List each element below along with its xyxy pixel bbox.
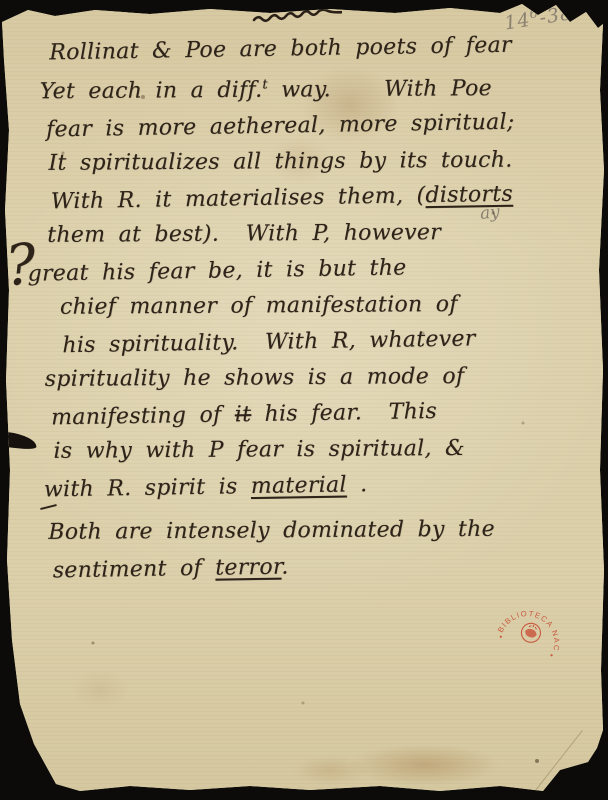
underlined-word: material	[251, 473, 347, 500]
line-text: It spiritualizes all things by its touch…	[48, 148, 512, 176]
stamp-text: BIBLIOTECA NACIONAL	[488, 581, 579, 654]
line-text: spirituality he shows is a mode of	[45, 364, 465, 392]
line-text: With R. it materialises them, (	[51, 183, 426, 214]
squiggle-mark	[252, 9, 342, 25]
line-text: his spirituality. With R, whatever	[62, 327, 476, 359]
struck-word: it	[235, 402, 252, 427]
line-text: with R. spirit is	[44, 474, 251, 502]
library-stamp: BIBLIOTECA NACIONAL	[483, 581, 580, 678]
line-text: Both are intensely dominated by the	[48, 517, 495, 545]
line-text: is why with P fear is spiritual, &	[53, 436, 465, 464]
line-text: Rollinat & Poe are both poets of fear	[49, 33, 512, 66]
line-text: great his fear be, it is but the	[27, 256, 406, 287]
paper-specks	[0, 0, 2, 2]
manuscript-line-1: Rollinat & Poe are both poets of fear	[49, 27, 578, 72]
underlined-word: distorts	[425, 182, 513, 208]
manuscript-scan: { "document": { "catalog": { "base": "14…	[0, 0, 608, 800]
line-text: Yet each in a diff.	[40, 78, 263, 105]
underlined-word: terror	[215, 555, 281, 581]
line-text: fear is more aethereal, more spiritual;	[46, 110, 515, 143]
line-text: .	[347, 472, 368, 497]
line-text: manifesting of	[51, 403, 235, 431]
catalog-superscript: 6	[528, 6, 540, 22]
paper-crease	[534, 730, 583, 792]
catalog-rest: -38	[538, 2, 575, 29]
edge-ink-mark	[0, 218, 5, 240]
svg-text:BIBLIOTECA NACIONAL: BIBLIOTECA NACIONAL	[488, 581, 579, 654]
line-text: way. With Poe	[268, 76, 492, 103]
paper-sheet: 146-38 ? ay Rollinat & Poe are both poet…	[0, 0, 608, 800]
manuscript-line-15: sentiment of terror.	[52, 545, 583, 590]
line-text: his fear. This	[251, 399, 437, 427]
line-text: them at best). With P, however	[47, 220, 441, 248]
manuscript-line-13: with R. spirit is material .	[44, 464, 583, 509]
line-text: chief manner of manifestation of	[60, 292, 458, 320]
line-text: .	[281, 555, 289, 580]
manuscript-line-2: Yet each in a diff.t way. With Poe	[40, 65, 578, 110]
line-text: sentiment of	[53, 556, 216, 584]
ink-blot	[0, 430, 38, 450]
manuscript-text: Rollinat & Poe are both poets of fear Ye…	[47, 28, 583, 588]
